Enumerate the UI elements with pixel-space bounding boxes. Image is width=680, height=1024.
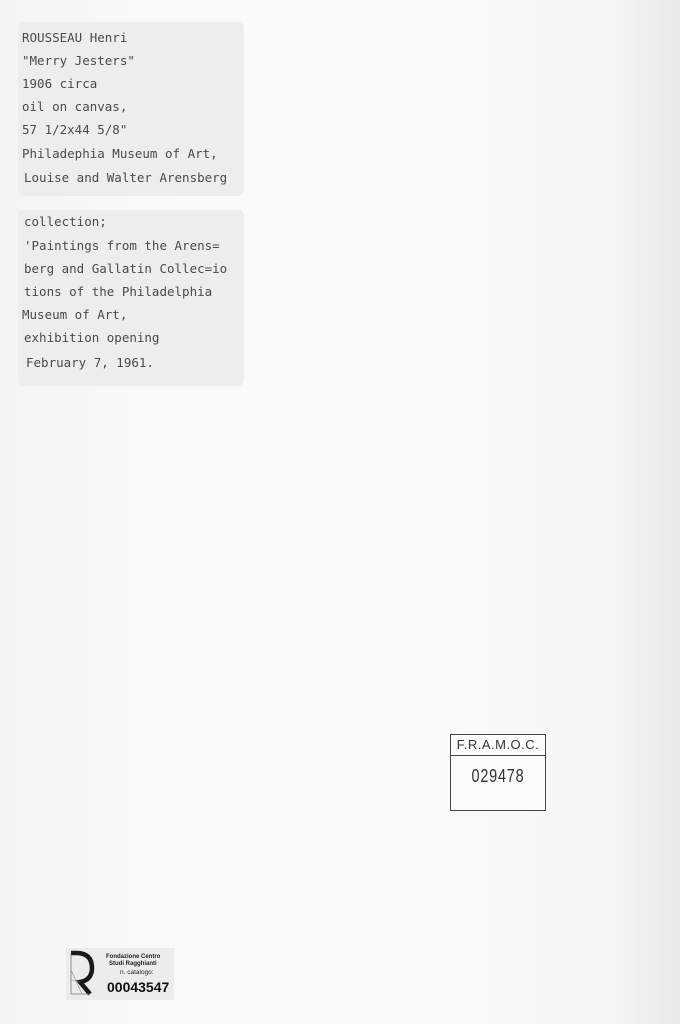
catalog-number: 00043547	[107, 979, 169, 995]
stamp-number: 029478	[460, 756, 535, 796]
label-line: 57 1/2x44 5/8"	[22, 122, 127, 137]
label-line: Philadephia Museum of Art,	[22, 146, 218, 161]
label-line: tions of the Philadelphia	[24, 284, 212, 299]
label-line: Museum of Art,	[22, 307, 127, 322]
catalog-label: Fondazione Centro Studi Ragghianti n. ca…	[66, 948, 174, 1000]
label-line: February 7, 1961.	[26, 355, 154, 370]
label-line: "Merry Jesters"	[22, 53, 135, 68]
artwork-info-label: ROUSSEAU Henri "Merry Jesters" 1906 circ…	[18, 22, 244, 196]
label-line: oil on canvas,	[22, 99, 127, 114]
label-line: exhibition opening	[24, 330, 159, 345]
label-line: 1906 circa	[22, 76, 97, 91]
org-name-line1: Fondazione Centro	[106, 954, 160, 960]
framoc-stamp: F.R.A.M.O.C. 029478	[450, 734, 546, 811]
exhibition-info-label: collection; 'Paintings from the Arens= b…	[18, 210, 244, 386]
label-line: collection;	[24, 214, 107, 229]
label-line: berg and Gallatin Collec=io	[24, 261, 227, 276]
label-line: Louise and Walter Arensberg	[24, 170, 227, 185]
fondazione-ragghianti-logo-icon	[68, 950, 96, 996]
label-line: ROUSSEAU Henri	[22, 30, 127, 45]
catalog-caption: n. catalogo:	[120, 969, 154, 976]
label-line: 'Paintings from the Arens=	[24, 238, 220, 253]
stamp-header: F.R.A.M.O.C.	[451, 735, 545, 756]
org-name-line2: Studi Ragghianti	[109, 961, 157, 967]
